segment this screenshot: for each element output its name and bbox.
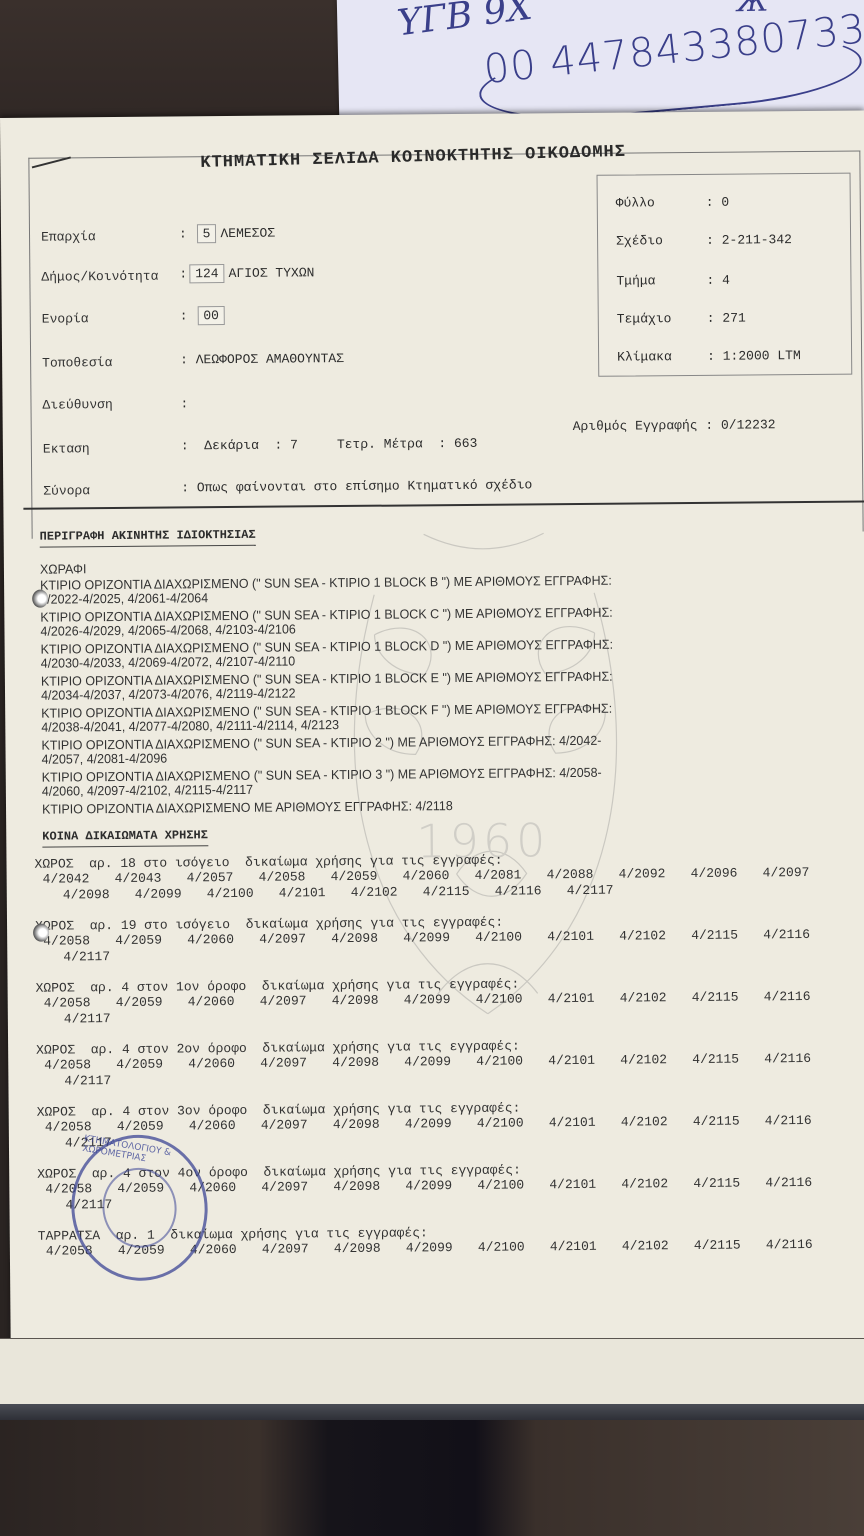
note-mark: Ж	[737, 0, 769, 18]
registration-number: 4/2115	[692, 1051, 764, 1068]
description-item-registrations: 4/2022-4/2025, 4/2061-4/2064	[40, 587, 808, 606]
registration-number: 4/2098	[333, 1179, 405, 1196]
registration-number: 4/2099	[405, 1178, 477, 1195]
registration-number: 4/2115	[692, 989, 764, 1006]
registration-number: 4/2101	[549, 1177, 621, 1194]
registration-number: 4/2117	[63, 949, 135, 966]
registration-number: 4/2099	[405, 1116, 477, 1133]
dimos-code: 124	[189, 264, 225, 283]
registration-number: 4/2099	[135, 886, 207, 903]
description-item-registrations: 4/2038-4/2041, 4/2077-4/2080, 4/2111-4/2…	[41, 715, 809, 734]
registration-number: 4/2101	[549, 1115, 621, 1132]
eparchia-value: : 5ΛΕΜΕΣΟΣ	[179, 224, 275, 244]
description-item: ΚΤΙΡΙΟ ΟΡΙΖΟΝΤΙΑ ΔΙΑΧΩΡΙΣΜΕΝΟ (" SUN SEA…	[41, 669, 841, 702]
enoria-label: Ενορία	[42, 311, 89, 326]
common-right-block: ΧΩΡΟΣ αρ. 4 στον 2ον όροφο δικαίωμα χρήσ…	[36, 1037, 856, 1090]
registration-number: 4/2100	[478, 1239, 550, 1256]
description-item-registrations: 4/2057, 4/2081-4/2096	[42, 747, 810, 766]
registration-number: 4/2098	[331, 931, 403, 948]
registration-number: 4/2101	[548, 1053, 620, 1070]
dieythynsi-label: Διεύθυνση	[42, 397, 112, 413]
registration-number: 4/2096	[691, 865, 763, 882]
registration-number: 4/2115	[691, 927, 763, 944]
description-item: ΚΤΙΡΙΟ ΟΡΙΖΟΝΤΙΑ ΔΙΑΧΩΡΙΣΜΕΝΟ (" SUN SEA…	[40, 573, 840, 606]
registration-number: 4/2098	[333, 1117, 405, 1134]
registration-number: 4/2059	[117, 1118, 189, 1135]
registration-number: 4/2059	[115, 932, 187, 949]
registration-number: 4/2115	[694, 1237, 766, 1254]
registration-number: 4/2097	[261, 1179, 333, 1196]
registration-number: 4/2100	[476, 1053, 548, 1070]
handwritten-note: ΥΓΒ 9Χ Ж 00 447843380733	[337, 0, 864, 124]
registration-number: 4/2097	[262, 1241, 334, 1258]
registration-number: 4/2099	[406, 1240, 478, 1257]
punch-hole	[33, 924, 49, 942]
registration-number: 4/2117	[567, 882, 639, 899]
topothesia-label: Τοποθεσία	[42, 355, 112, 371]
registration-number: 4/2102	[621, 1176, 693, 1193]
eparchia-label: Επαρχία	[41, 229, 96, 244]
common-right-block: ΧΩΡΟΣ αρ. 19 στο ισόγειο δικαίωμα χρήσης…	[35, 913, 855, 966]
registration-number: 4/2116	[765, 1113, 837, 1130]
title-deed-page: ΚΤΗΜΑΤΙΚΗ ΣΕΛΙΔΑ ΚΟΙΝΟΚΤΗΤΗΣ ΟΙΚΟΔΟΜΗΣ Ε…	[0, 110, 864, 1417]
registration-number: 4/2101	[547, 929, 619, 946]
registration-number: 4/2060	[190, 1242, 262, 1259]
dimos-value: :124ΑΓΙΟΣ ΤΥΧΩΝ	[179, 263, 314, 283]
registration-number: Αριθμός Εγγραφής : 0/12232	[573, 417, 776, 434]
registration-number: 4/2059	[116, 1056, 188, 1073]
registration-number: 4/2060	[188, 994, 260, 1011]
registration-number: 4/2042	[43, 871, 115, 888]
plan-info-box: Φύλλο: 0 Σχέδιο: 2-211-342 Τμήμα: 4 Τεμά…	[597, 173, 853, 377]
registration-number: 4/2060	[187, 932, 259, 949]
registration-number: 4/2060	[403, 868, 475, 885]
registration-number: 4/2059	[331, 869, 403, 886]
registration-number: 4/2097	[259, 931, 331, 948]
description-item: ΚΤΙΡΙΟ ΟΡΙΖΟΝΤΙΑ ΔΙΑΧΩΡΙΣΜΕΝΟ (" SUN SEA…	[42, 765, 842, 798]
registration-number: 4/2115	[693, 1113, 765, 1130]
registration-number: 4/2100	[475, 929, 547, 946]
registration-number: 4/2058	[43, 933, 115, 950]
registration-number: 4/2098	[332, 993, 404, 1010]
registration-number: 4/2100	[476, 991, 548, 1008]
description-item: ΚΤΙΡΙΟ ΟΡΙΖΟΝΤΙΑ ΔΙΑΧΩΡΙΣΜΕΝΟ ΜΕ ΑΡΙΘΜΟΥ…	[42, 797, 842, 816]
registration-number: 4/2116	[495, 883, 567, 900]
registration-number: 4/2117	[64, 1073, 136, 1090]
registration-number: 4/2081	[475, 867, 547, 884]
description-item-registrations: 4/2060, 4/2097-4/2102, 4/2115-4/2117	[42, 779, 810, 798]
description-item-text: ΚΤΙΡΙΟ ΟΡΙΖΟΝΤΙΑ ΔΙΑΧΩΡΙΣΜΕΝΟ ΜΕ ΑΡΙΘΜΟΥ…	[42, 797, 810, 816]
registration-number: 4/2116	[765, 1175, 837, 1192]
common-right-block: ΧΩΡΟΣ αρ. 18 στο ισόγειο δικαίωμα χρήσης…	[34, 851, 854, 904]
registration-number: 4/2058	[44, 995, 116, 1012]
enoria-value: : 00	[180, 306, 229, 325]
description-item: ΚΤΙΡΙΟ ΟΡΙΖΟΝΤΙΑ ΔΙΑΧΩΡΙΣΜΕΝΟ (" SUN SEA…	[41, 701, 841, 734]
dieythynsi-value: :	[180, 396, 196, 411]
registration-number: 4/2058	[45, 1119, 117, 1136]
registration-number: 4/2058	[44, 1057, 116, 1074]
registration-number: 4/2116	[764, 989, 836, 1006]
common-rights-section-title: ΚΟΙΝΑ ΔΙΚΑΙΩΜΑΤΑ ΧΡΗΣΗΣ	[42, 828, 208, 847]
registration-number: 4/2102	[619, 928, 691, 945]
registration-number: 4/2099	[404, 992, 476, 1009]
ektasi-value: : Δεκάρια : 7 Τετρ. Μέτρα : 663	[181, 436, 478, 454]
description-section-title: ΠΕΡΙΓΡΑΦΗ ΑΚΙΝΗΤΗΣ ΙΔΙΟΚΤΗΣΙΑΣ	[40, 528, 256, 548]
next-page-edge	[0, 1338, 864, 1411]
registration-number: 4/2101	[279, 885, 351, 902]
topothesia-value: : ΛΕΩΦΟΡΟΣ ΑΜΑΘΟΥΝΤΑΣ	[180, 351, 344, 367]
registration-number: 4/2043	[115, 870, 187, 887]
registration-number: 4/2098	[334, 1241, 406, 1258]
registration-number: 4/2097	[261, 1117, 333, 1134]
description-item: ΚΤΙΡΙΟ ΟΡΙΖΟΝΤΙΑ ΔΙΑΧΩΡΙΣΜΕΝΟ (" SUN SEA…	[41, 733, 841, 766]
registration-number: 4/2115	[423, 884, 495, 901]
ektasi-label: Εκταση	[43, 441, 90, 456]
registration-number: 4/2097	[260, 1055, 332, 1072]
description-item-registrations: 4/2030-4/2033, 4/2069-4/2072, 4/2107-4/2…	[41, 651, 809, 670]
description-item: ΚΤΙΡΙΟ ΟΡΙΖΟΝΤΙΑ ΔΙΑΧΩΡΙΣΜΕΝΟ (" SUN SEA…	[40, 605, 840, 638]
registration-number: 4/2102	[622, 1238, 694, 1255]
registration-number: 4/2097	[260, 993, 332, 1010]
registration-number: 4/2115	[693, 1175, 765, 1192]
plan-row-klimaka: Κλίμακα: 1:2000 LTM	[617, 348, 801, 365]
registration-number: 4/2102	[620, 1052, 692, 1069]
registration-number: 4/2097	[763, 865, 835, 882]
registration-number: 4/2092	[619, 866, 691, 883]
registration-number: 4/2117	[64, 1011, 136, 1028]
description-item-registrations: 4/2034-4/2037, 4/2073-4/2076, 4/2119-4/2…	[41, 683, 809, 702]
description-item-registrations: 4/2026-4/2029, 4/2065-4/2068, 4/2103-4/2…	[40, 619, 808, 638]
synora-value: : Οπως φαίνονται στο επίσημο Κτηματικό σ…	[181, 477, 532, 495]
registration-number: 4/2060	[188, 1056, 260, 1073]
registration-number: 4/2101	[550, 1239, 622, 1256]
registration-number: 4/2098	[332, 1055, 404, 1072]
registration-number: 4/2116	[763, 927, 835, 944]
registration-number: 4/2100	[477, 1177, 549, 1194]
common-right-block: ΧΩΡΟΣ αρ. 4 στον 1ον όροφο δικαίωμα χρήσ…	[36, 975, 856, 1028]
registration-number: 4/2057	[187, 870, 259, 887]
dimos-label: Δήμος/Κοινότητα	[41, 269, 158, 285]
punch-hole	[32, 590, 48, 608]
floor-background	[0, 1420, 864, 1536]
registration-number: 4/2116	[766, 1237, 838, 1254]
plan-row-schedio: Σχέδιο: 2-211-342	[616, 232, 792, 249]
registration-number: 4/2099	[403, 930, 475, 947]
description-first-line: ΧΩΡΑΦΙ	[40, 557, 808, 576]
plan-row-temachio: Τεμάχιο: 271	[617, 310, 746, 326]
registration-number: 4/2059	[116, 994, 188, 1011]
registration-number: 4/2100	[207, 886, 279, 903]
registration-number: 4/2116	[764, 1051, 836, 1068]
registration-number: 4/2102	[621, 1114, 693, 1131]
note-scribble: ΥΓΒ 9Χ	[395, 0, 534, 44]
registration-number: 4/2102	[620, 990, 692, 1007]
registration-number: 4/2100	[477, 1115, 549, 1132]
enoria-code: 00	[197, 306, 225, 325]
synora-label: Σύνορα	[43, 483, 90, 498]
plan-row-tmima: Τμήμα: 4	[616, 273, 730, 289]
registration-number: 4/2058	[259, 869, 331, 886]
registration-number: 4/2099	[404, 1054, 476, 1071]
plan-row-fyllo: Φύλλο: 0	[616, 195, 730, 211]
registration-number: 4/2102	[351, 884, 423, 901]
registration-number: 4/2060	[189, 1118, 261, 1135]
property-description: ΧΩΡΑΦΙ ΚΤΙΡΙΟ ΟΡΙΖΟΝΤΙΑ ΔΙΑΧΩΡΙΣΜΕΝΟ (" …	[40, 557, 842, 822]
eparchia-code: 5	[197, 224, 217, 243]
description-item: ΚΤΙΡΙΟ ΟΡΙΖΟΝΤΙΑ ΔΙΑΧΩΡΙΣΜΕΝΟ (" SUN SEA…	[41, 637, 841, 670]
registration-number: 4/2098	[63, 887, 135, 904]
registration-number: 4/2088	[547, 867, 619, 884]
registration-number: 4/2101	[548, 991, 620, 1008]
